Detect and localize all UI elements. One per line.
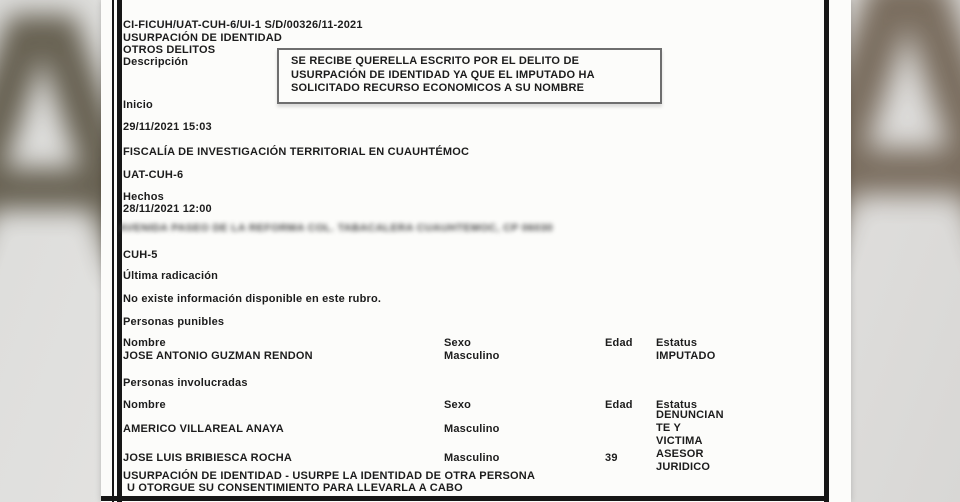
description-text: SE RECIBE QUERELLA ESCRITO POR EL DELITO… xyxy=(291,55,647,96)
column-header-estatus: Estatus xyxy=(656,337,697,349)
crime-title: USURPACIÓN DE IDENTIDAD xyxy=(123,32,282,44)
person-age: 39 xyxy=(605,452,618,464)
section-title-involucradas: Personas involucradas xyxy=(123,377,248,389)
section-title-punibles: Personas punibles xyxy=(123,316,224,328)
unit-code: UAT-CUH-6 xyxy=(123,169,183,181)
other-crimes: OTROS DELITOS xyxy=(123,44,215,56)
person-sex: Masculino xyxy=(444,350,500,362)
document-page: CI-FICUH/UAT-CUH-6/UI-1 S/D/00326/11-202… xyxy=(101,0,851,502)
document-content: CI-FICUH/UAT-CUH-6/UI-1 S/D/00326/11-202… xyxy=(123,0,839,502)
description-label: Descripción xyxy=(123,56,188,68)
person-status: ASESOR JURIDICO xyxy=(656,448,742,474)
person-sex: Masculino xyxy=(444,452,500,464)
page-border-left-thick xyxy=(117,0,122,502)
column-header-sexo: Sexo xyxy=(444,399,471,411)
document-viewer: A A CI-FICUH/UAT-CUH-6/UI-1 S/D/00326/11… xyxy=(0,0,960,502)
column-header-sexo: Sexo xyxy=(444,337,471,349)
start-datetime: 29/11/2021 15:03 xyxy=(123,121,212,133)
person-name: AMERICO VILLAREAL ANAYA xyxy=(123,423,284,435)
column-header-nombre: Nombre xyxy=(123,399,166,411)
agency-name: FISCALÍA DE INVESTIGACIÓN TERRITORIAL EN… xyxy=(123,146,469,158)
column-header-edad: Edad xyxy=(605,399,633,411)
description-box: SE RECIBE QUERELLA ESCRITO POR EL DELITO… xyxy=(277,48,662,104)
offense-description-line1: USURPACIÓN DE IDENTIDAD - USURPE LA IDEN… xyxy=(123,470,535,482)
column-header-nombre: Nombre xyxy=(123,337,166,349)
last-filing-value: No existe información disponible en este… xyxy=(123,293,381,305)
facts-datetime: 28/11/2021 12:00 xyxy=(123,203,212,215)
person-name: JOSE LUIS BRIBIESCA ROCHA xyxy=(123,452,292,464)
person-status: DENUNCIAN TE Y VICTIMA xyxy=(656,409,742,448)
page-border-left-thin xyxy=(112,0,114,502)
person-name: JOSE ANTONIO GUZMAN RENDON xyxy=(123,350,313,362)
redacted-address: AVENIDA PASEO DE LA REFORMA COL. TABACAL… xyxy=(119,222,624,234)
start-label: Inicio xyxy=(123,99,153,111)
facts-label: Hechos xyxy=(123,191,164,203)
person-sex: Masculino xyxy=(444,423,500,435)
case-id: CI-FICUH/UAT-CUH-6/UI-1 S/D/00326/11-202… xyxy=(123,19,363,31)
offense-description-line2: U OTORGUE SU CONSENTIMIENTO PARA LLEVARL… xyxy=(127,482,463,494)
precinct-code: CUH-5 xyxy=(123,249,158,261)
last-filing-label: Última radicación xyxy=(123,270,218,282)
column-header-edad: Edad xyxy=(605,337,633,349)
person-status: IMPUTADO xyxy=(656,350,715,362)
